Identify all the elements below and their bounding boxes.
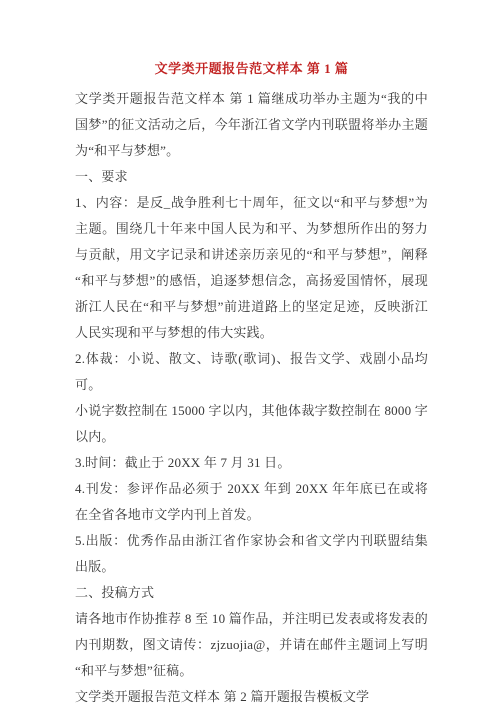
paragraph-item-1-content: 1、内容：是反_战争胜利七十周年，征文以“和平与梦想”为主题。围绕几十年来中国人…: [75, 190, 428, 346]
section-heading-requirements: 一、要求: [75, 164, 428, 190]
paragraph-item-2-genre: 2.体裁：小说、散文、诗歌(歌词)、报告文学、戏剧小品均可。: [75, 346, 428, 398]
paragraph-intro: 文学类开题报告范文样本 第 1 篇继成功举办主题为“我的中国梦”的征文活动之后，…: [75, 86, 428, 164]
paragraph-word-limit: 小说字数控制在 15000 字以内，其他体裁字数控制在 8000 字以内。: [75, 398, 428, 450]
paragraph-item-4-publication: 4.刊发：参评作品必须于 20XX 年到 20XX 年年底已在或将在全省各地市文…: [75, 476, 428, 528]
section-heading-submission: 二、投稿方式: [75, 580, 428, 606]
document-title: 文学类开题报告范文样本 第 1 篇: [75, 56, 428, 82]
paragraph-item-5-publishing: 5.出版：优秀作品由浙江省作家协会和省文学内刊联盟结集出版。: [75, 528, 428, 580]
paragraph-submission-details: 请各地市作协推荐 8 至 10 篇作品，并注明已发表或将发表的内刊期数，图文请传…: [75, 606, 428, 684]
document-page: 文学类开题报告范文样本 第 1 篇 文学类开题报告范文样本 第 1 篇继成功举办…: [0, 0, 500, 707]
paragraph-part2-lead: 文学类开题报告范文样本 第 2 篇开题报告模板文学: [75, 684, 428, 707]
paragraph-item-3-deadline: 3.时间：截止于 20XX 年 7 月 31 日。: [75, 450, 428, 476]
